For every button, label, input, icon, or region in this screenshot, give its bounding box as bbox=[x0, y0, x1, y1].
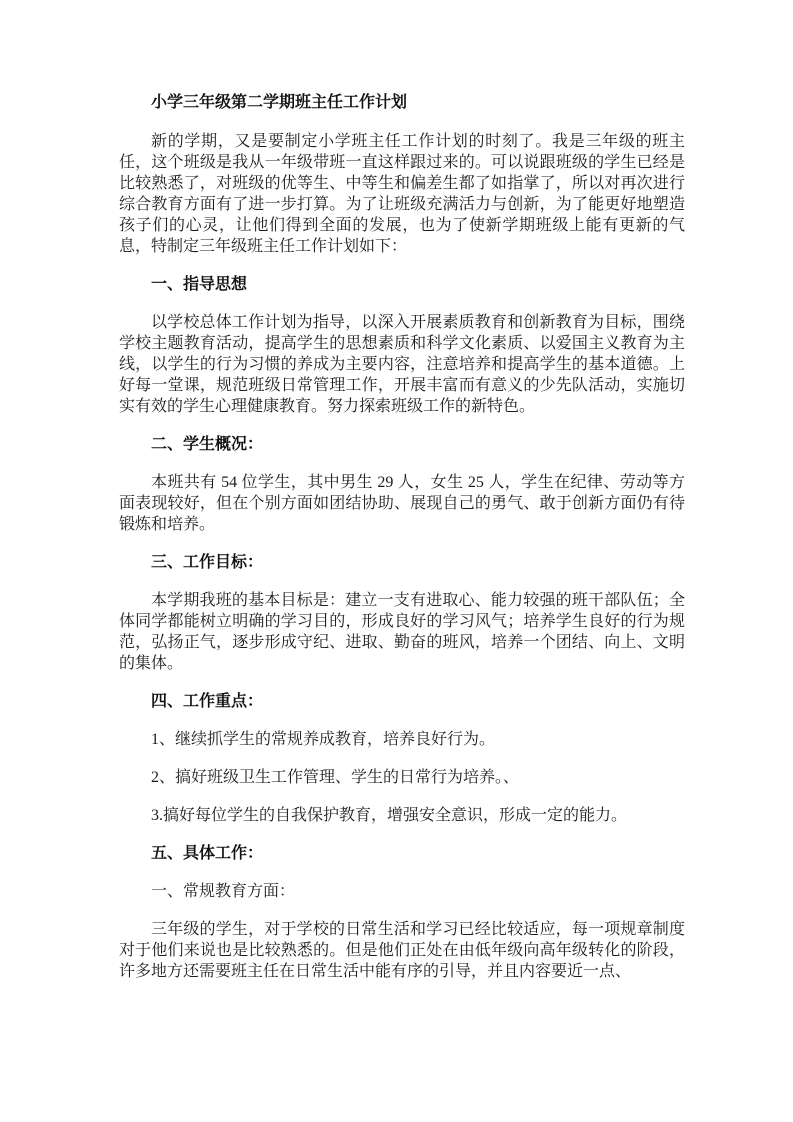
section-body-routine-education: 三年级的学生，对于学校的日常生活和学习已经比较适应，每一项规章制度对于他们来说也… bbox=[119, 919, 685, 982]
section-body-guiding-ideology: 以学校总体工作计划为指导，以深入开展素质教育和创新教育为目标，围绕学校主题教育活… bbox=[119, 312, 685, 417]
section-body-work-goals: 本学期我班的基本目标是：建立一支有进取心、能力较强的班干部队伍；全体同学都能树立… bbox=[119, 590, 685, 674]
work-focus-item-3: 3.搞好每位学生的自我保护教育，增强安全意识，形成一定的能力。 bbox=[119, 805, 685, 826]
section-heading-guiding-ideology: 一、指导思想 bbox=[119, 274, 685, 295]
work-focus-item-1: 1、继续抓学生的常规养成教育，培养良好行为。 bbox=[119, 729, 685, 750]
document-title: 小学三年级第二学期班主任工作计划 bbox=[119, 92, 685, 113]
subsection-heading-routine-education: 一、常规教育方面： bbox=[119, 881, 685, 902]
section-body-student-overview: 本班共有 54 位学生，其中男生 29 人，女生 25 人，学生在纪律、劳动等方… bbox=[119, 472, 685, 535]
intro-paragraph: 新的学期，又是要制定小学班主任工作计划的时刻了。我是三年级的班主任，这个班级是我… bbox=[119, 131, 685, 257]
section-heading-work-goals: 三、工作目标： bbox=[119, 552, 685, 573]
section-heading-work-focus: 四、工作重点： bbox=[119, 691, 685, 712]
section-heading-student-overview: 二、学生概况： bbox=[119, 434, 685, 455]
document-page: 小学三年级第二学期班主任工作计划 新的学期，又是要制定小学班主任工作计划的时刻了… bbox=[119, 0, 685, 982]
section-heading-specific-work: 五、具体工作： bbox=[119, 843, 685, 864]
work-focus-item-2: 2、搞好班级卫生工作管理、学生的日常行为培养。、 bbox=[119, 767, 685, 788]
